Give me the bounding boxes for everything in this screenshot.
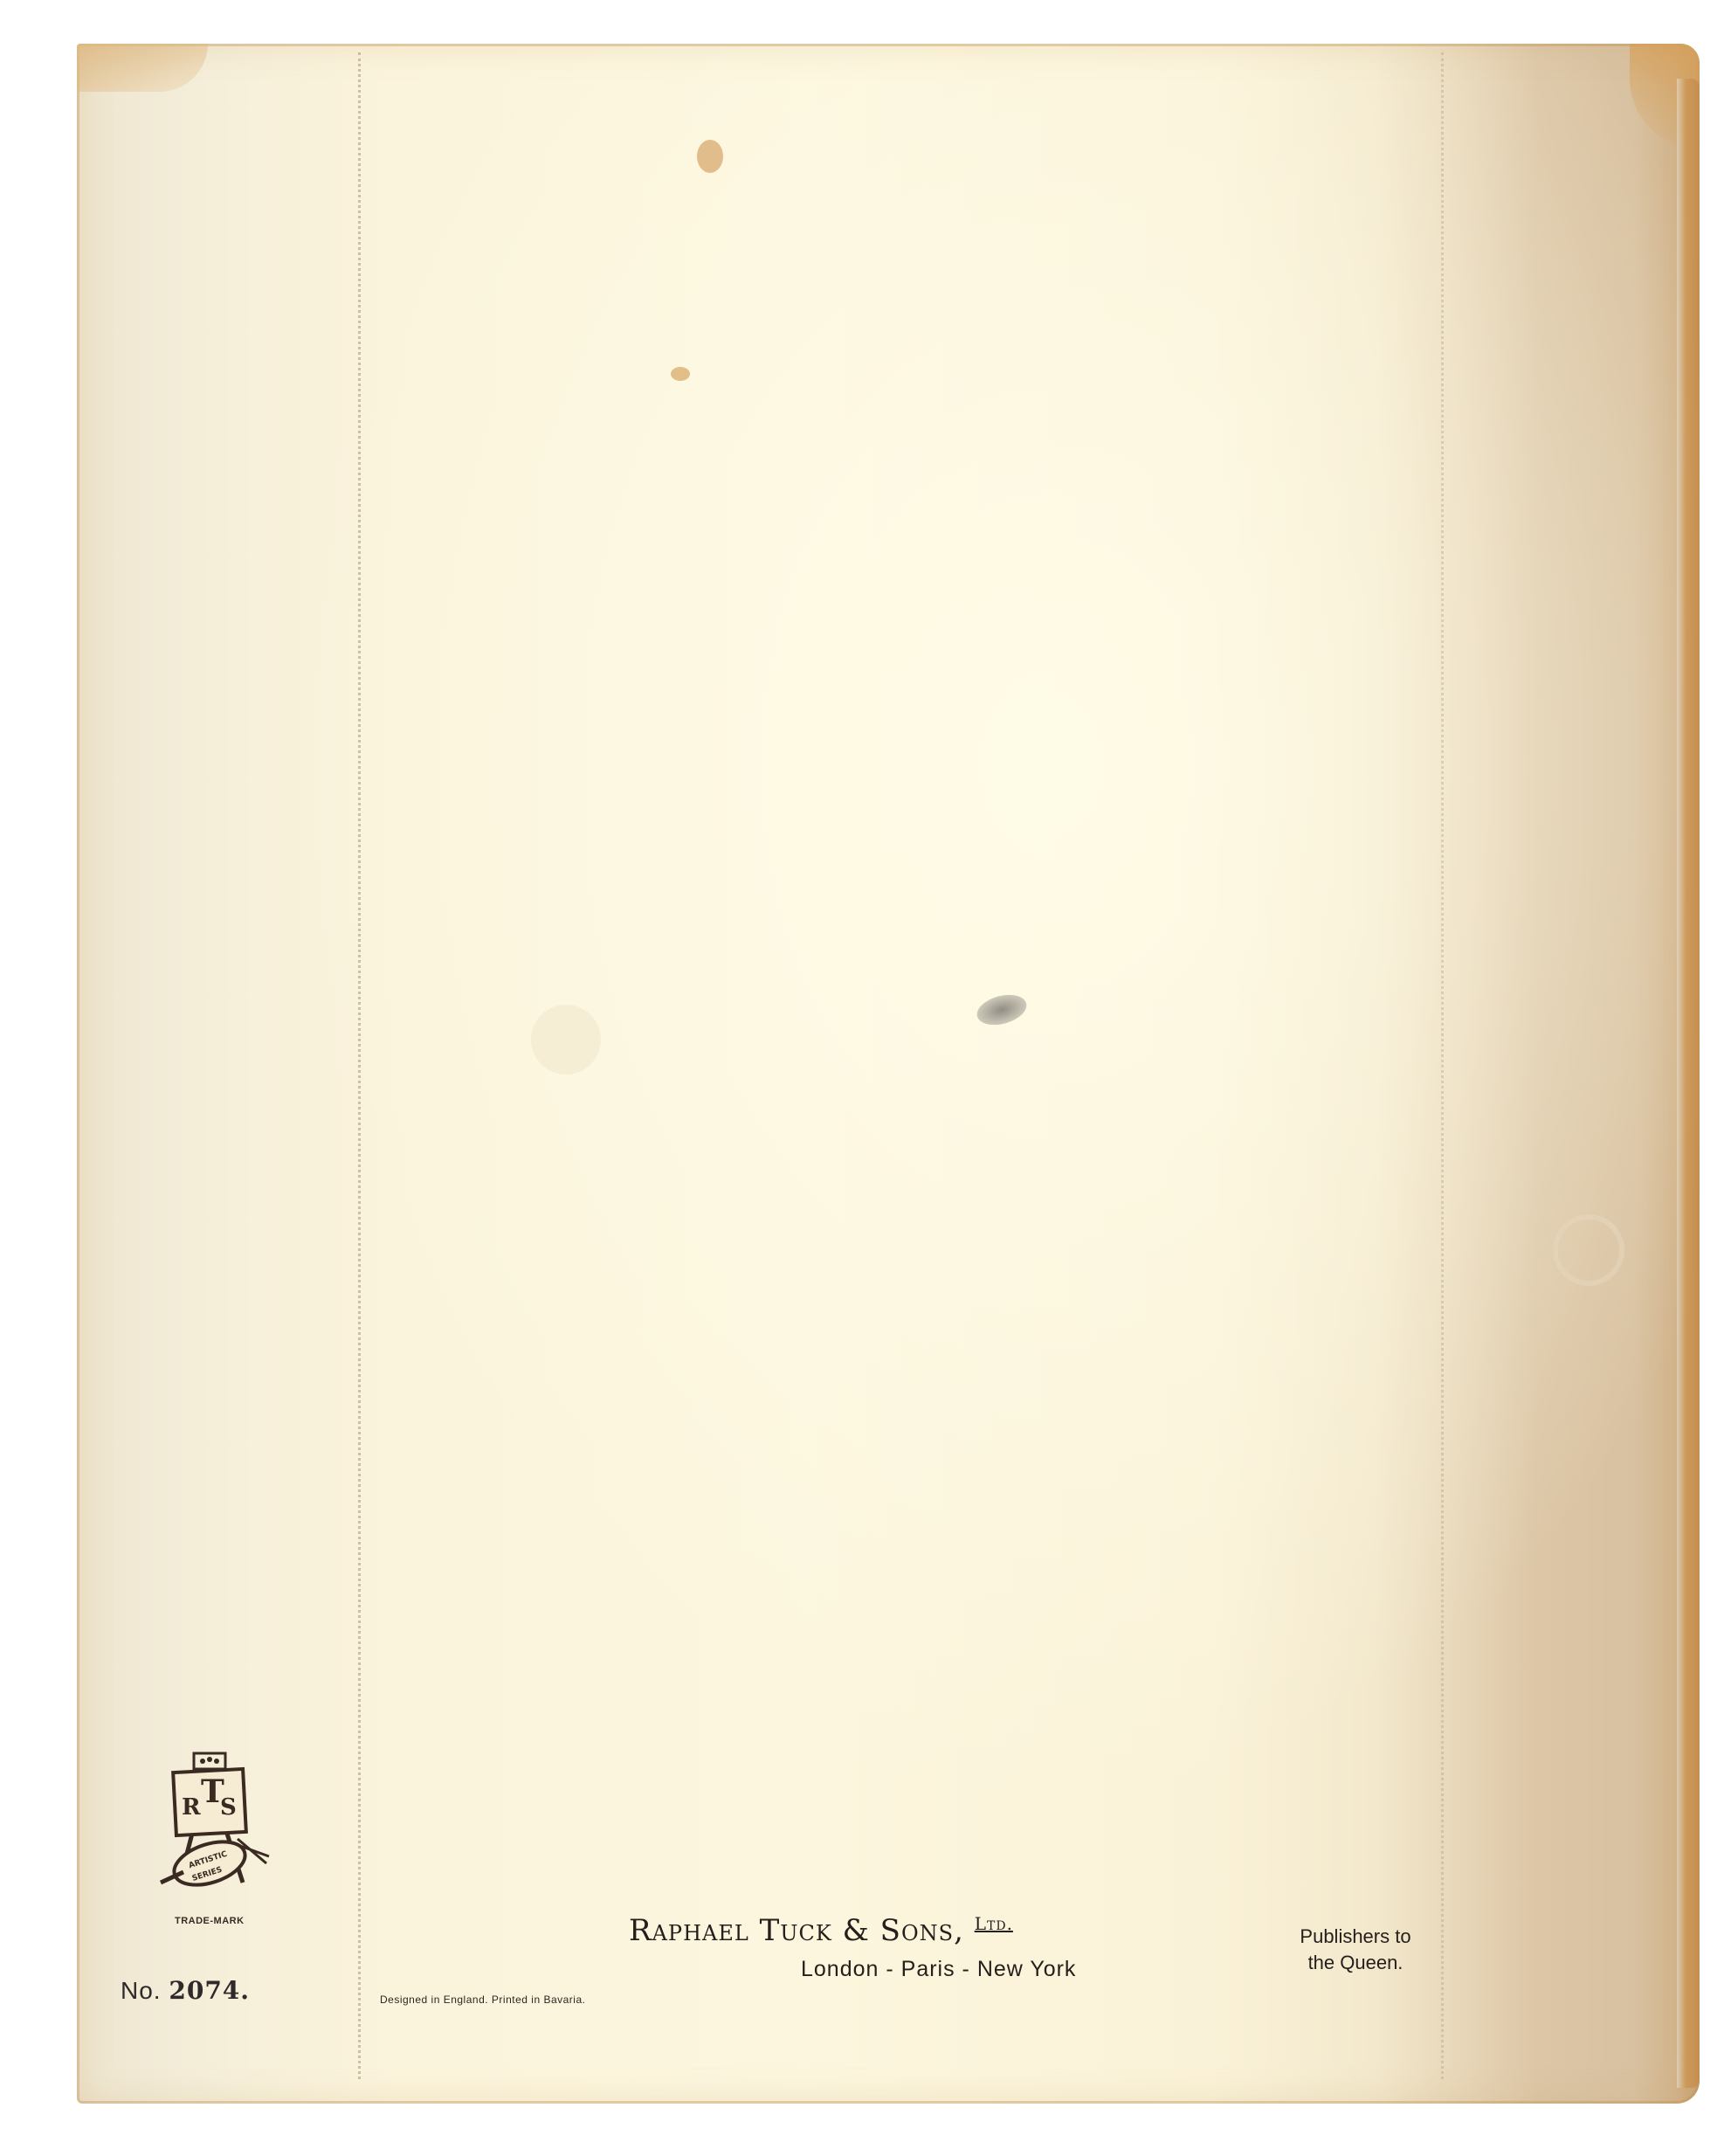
trademark-logo: R T S ARTISTIC SERIES TRADE-MARK	[157, 1752, 279, 1926]
svg-text:S: S	[220, 1794, 237, 1821]
water-stain	[531, 1005, 601, 1075]
foxing-stain	[697, 140, 723, 173]
royal-warrant: Publishers to the Queen.	[1251, 1924, 1460, 1976]
origin-note: Designed in England. Printed in Bavaria.	[380, 1994, 585, 2006]
catalog-number: No. 2074.	[121, 1976, 250, 2005]
book-back-cover	[77, 44, 1700, 2104]
publisher-name-text: Raphael Tuck & Sons,	[629, 1913, 964, 1948]
ring-stain	[1553, 1214, 1624, 1286]
spine-edge-wear	[1677, 79, 1700, 2088]
easel-palette-icon: R T S ARTISTIC SERIES	[157, 1752, 279, 1900]
fold-line-left	[358, 52, 361, 2079]
svg-text:R: R	[182, 1794, 201, 1821]
fold-line-right	[1441, 52, 1444, 2079]
foxing-stain	[671, 367, 690, 381]
publisher-suffix: Ltd.	[975, 1913, 1013, 1934]
publisher-name: Raphael Tuck & Sons, Ltd.	[629, 1913, 1013, 1948]
trademark-caption: TRADE-MARK	[175, 1916, 245, 1926]
catalog-prefix: No.	[121, 1977, 162, 2004]
corner-wear-top-left	[77, 44, 208, 92]
royal-warrant-line-1: Publishers to	[1251, 1924, 1460, 1950]
ink-blot	[974, 990, 1030, 1030]
royal-warrant-line-2: the Queen.	[1251, 1950, 1460, 1976]
catalog-number-value: 2074.	[169, 1976, 250, 2005]
publisher-cities: London - Paris - New York	[801, 1957, 1076, 1982]
